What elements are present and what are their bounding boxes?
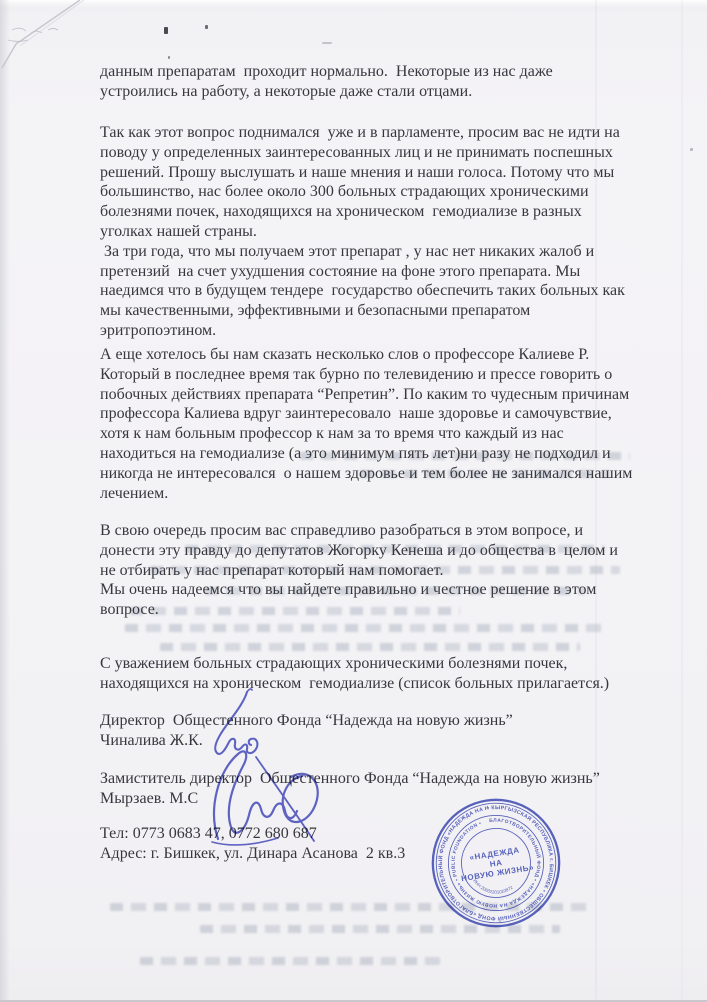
text-line: болезнями почек, находящихся на хроничес… <box>100 202 625 222</box>
ink-speck <box>168 56 170 59</box>
fold-crease <box>0 0 220 120</box>
foundation-stamp: • КЫРГЫЗСКАЯ РЕСПУБЛИКА г. БИШКЕК • ОБЩЕ… <box>418 785 574 941</box>
director-signature-block: Директор Общестенного Фонда “Надежда на … <box>100 711 513 751</box>
text-line: Так как этот вопрос поднимался уже и в п… <box>100 123 625 143</box>
text-line: За три года, что мы получаем этот препар… <box>100 242 625 262</box>
text-line: устроились на работу, а некоторые даже с… <box>100 82 553 102</box>
text-line: Мы очень надеемся что вы найдете правиль… <box>100 580 618 600</box>
text-line: А еще хотелось бы нам сказать несколько … <box>100 345 632 365</box>
text-line: Тел: 0773 0683 47, 0772 680 687 <box>100 824 405 844</box>
text-line: донести эту правду до депутатов Жогорку … <box>100 541 618 561</box>
paragraph-opening: данным препаратам проходит нормально. Не… <box>100 62 553 102</box>
text-line: профессора Калиева вдруг заинтересовало … <box>100 404 632 424</box>
closing-respects: С уважением больных страдающих хроническ… <box>100 654 609 694</box>
scanner-streak <box>681 0 683 1000</box>
text-line: Замиститель директор Общестенного Фонда … <box>100 769 600 789</box>
ink-speck <box>690 148 693 151</box>
scan-edge-left <box>0 0 10 1000</box>
paragraph-request: В свою очередь просим вас справедливо ра… <box>100 521 618 620</box>
text-line: наедимся что в будущем тендере государст… <box>100 281 625 301</box>
text-line: В свою очередь просим вас справедливо ра… <box>100 521 618 541</box>
text-line: поводу у определенных заинтересованных л… <box>100 143 625 163</box>
ink-speck <box>164 27 168 34</box>
text-line: не отбирать у нас препарат который нам п… <box>100 561 618 581</box>
text-line: Который в последнее время так бурно по т… <box>100 365 632 385</box>
text-line: хотя к нам больным профессор к нам за то… <box>100 424 632 444</box>
paragraph-professor-kaliev: А еще хотелось бы нам сказать несколько … <box>100 345 632 503</box>
text-line: эритропоэтином. <box>100 321 625 341</box>
text-line: С уважением больных страдающих хроническ… <box>100 654 609 674</box>
text-line: мы качественными, эффективными и безопас… <box>100 301 625 321</box>
bleedthrough-row <box>160 643 580 651</box>
bleedthrough-row <box>125 624 605 632</box>
contact-info: Тел: 0773 0683 47, 0772 680 687Адрес: г.… <box>100 824 405 864</box>
text-line: Директор Общестенного Фонда “Надежда на … <box>100 711 513 731</box>
scanned-letter-page: данным препаратам проходит нормально. Не… <box>0 0 707 1002</box>
text-line: никогда не интересовался о нашем здоровь… <box>100 464 632 484</box>
text-line: лечением. <box>100 484 632 504</box>
text-line: претензий на счет ухудшения состояние на… <box>100 262 625 282</box>
text-line: Чиналива Ж.К. <box>100 731 513 751</box>
paragraph-parliament-appeal: Так как этот вопрос поднимался уже и в п… <box>100 123 625 341</box>
scan-edge-top <box>0 0 707 8</box>
text-line: уголках нашей страны. <box>100 222 625 242</box>
text-line: большинство, нас более около 300 больных… <box>100 182 625 202</box>
text-line: побочных действиях препарата “Репретин”.… <box>100 385 632 405</box>
pencil-mark <box>322 42 332 44</box>
ink-speck <box>205 25 208 29</box>
text-line: находящихся на хроническом гемодиализе (… <box>100 674 609 694</box>
text-line: данным препаратам проходит нормально. Не… <box>100 62 553 82</box>
text-line: вопросе. <box>100 600 618 620</box>
text-line: Адрес: г. Бишкек, ул. Динара Асанова 2 к… <box>100 844 405 864</box>
text-line: решений. Прошу выслушать и наше мнения и… <box>100 163 625 183</box>
bleedthrough-row <box>140 957 440 965</box>
text-line: находиться на гемодиализе (а это минимум… <box>100 444 632 464</box>
